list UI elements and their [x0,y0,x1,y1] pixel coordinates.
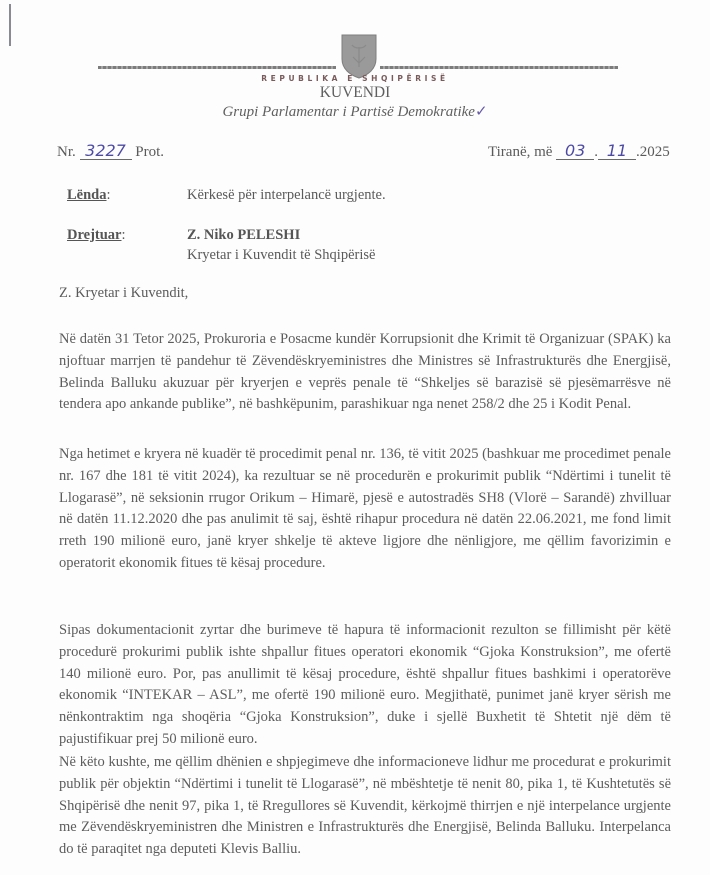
date-place: Tiranë, më [488,144,552,160]
subject-row: Lënda: Kërkesë për interpelancë urgjente… [67,187,111,204]
institution-name: KUVENDI [0,84,710,102]
protocol-prefix: Nr. [57,144,76,160]
body-paragraph: Nga hetimet e kryera në kuadër të proced… [59,444,671,575]
parliamentary-group: Grupi Parlamentar i Partisë Demokratike✓ [0,102,710,121]
group-name: Grupi Parlamentar i Partisë Demokratike [222,104,474,120]
subject-label: Lënda [67,187,107,203]
subject-value: Kërkesë për interpelancë urgjente. [187,187,386,204]
letterhead-rule-right [380,66,618,69]
country-name: REPUBLIKA E SHQIPËRISË [0,74,710,83]
letterhead-rule-left [98,66,336,69]
date-month: 11 [598,143,636,160]
salutation: Z. Kryetar i Kuvendit, [59,285,188,302]
letterhead: REPUBLIKA E SHQIPËRISË KUVENDI Grupi Par… [0,0,710,130]
body-paragraph: Në këto kushte, me qëllim dhënien e shpj… [59,752,671,861]
coat-of-arms-icon [340,33,378,79]
subject-colon: : [107,187,111,203]
body-paragraph: Sipas dokumentacionit zyrtar dhe burimev… [59,620,671,751]
letter-date: Tiranë, më 03.11.2025 [488,143,670,161]
checkmark-icon: ✓ [475,104,488,120]
addressee-title: Kryetar i Kuvendit të Shqipërisë [187,247,375,264]
protocol-number-value: 3227 [80,143,132,160]
addressee-name: Z. Niko PELESHI [187,227,300,244]
protocol-suffix: Prot. [135,144,164,160]
date-day: 03 [556,143,594,160]
body-paragraph: Në datën 31 Tetor 2025, Prokuroria e Pos… [59,329,671,416]
date-year: .2025 [636,144,670,160]
protocol-number: Nr. 3227 Prot. [57,143,164,161]
addressee-label: Drejtuar [67,227,122,243]
addressee-colon: : [122,227,126,243]
addressee-row: Drejtuar: Z. Niko PELESHI Kryetar i Kuve… [67,227,126,244]
